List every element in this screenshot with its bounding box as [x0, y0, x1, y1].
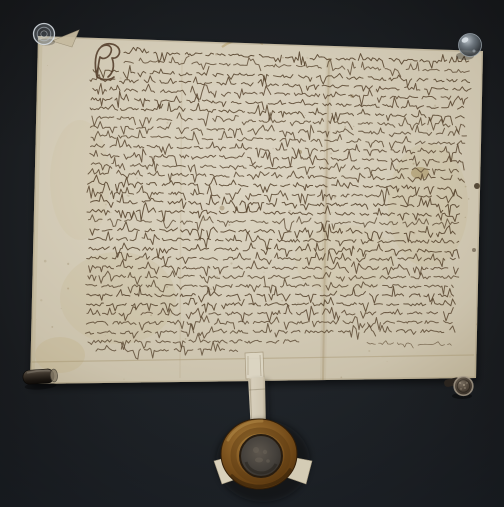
foxing-speck — [306, 57, 308, 59]
foxing-speck — [166, 286, 168, 288]
foxing-speck — [278, 291, 279, 292]
foxing-speck — [105, 335, 106, 336]
wax-seal — [214, 419, 312, 502]
seal-tag-slit — [245, 352, 264, 379]
foxing-speck — [210, 288, 212, 290]
foxing-speck — [67, 263, 69, 265]
foxing-speck — [353, 126, 354, 127]
foxing-speck — [213, 92, 214, 93]
foxing-speck — [47, 65, 48, 66]
foxing-speck — [93, 130, 94, 131]
foxing-speck — [303, 279, 305, 281]
foxing-speck — [334, 196, 336, 198]
foxing-speck — [272, 148, 274, 150]
foxing-speck — [465, 217, 466, 218]
foxing-speck — [340, 377, 342, 379]
foxing-speck — [61, 308, 62, 309]
foxing-speck — [51, 326, 53, 328]
foxing-speck — [228, 224, 230, 226]
foxing-speck — [297, 302, 299, 304]
foxing-speck — [110, 212, 111, 213]
foxing-speck — [468, 198, 470, 200]
foxing-speck — [434, 105, 436, 107]
foxing-speck — [282, 183, 283, 184]
foxing-speck — [166, 122, 168, 124]
foxing-speck — [67, 287, 69, 289]
foxing-speck — [230, 262, 232, 264]
foxing-speck — [388, 239, 389, 240]
foxing-speck — [213, 184, 215, 186]
foxing-speck — [185, 338, 187, 340]
foxing-speck — [305, 115, 306, 116]
foxing-speck — [353, 312, 354, 313]
seal-impression — [240, 435, 282, 477]
foxing-speck — [223, 136, 225, 138]
foxing-speck — [253, 199, 254, 200]
foxing-speck — [44, 260, 47, 263]
foxing-speck — [211, 269, 212, 270]
pin-bottom-left — [23, 368, 59, 390]
foxing-speck — [205, 304, 207, 306]
foxing-speck — [150, 314, 152, 316]
foxing-speck — [202, 219, 204, 221]
foxing-speck — [36, 319, 37, 320]
foxing-speck — [126, 194, 128, 196]
foxing-speck — [278, 174, 279, 175]
foxing-speck — [282, 57, 284, 59]
foxing-speck — [330, 152, 332, 154]
foxing-speck — [344, 126, 346, 128]
foxing-speck — [368, 350, 370, 352]
foxing-speck — [449, 295, 452, 298]
foxing-speck — [289, 210, 291, 212]
foxing-speck — [281, 300, 282, 301]
foxing-speck — [216, 276, 218, 278]
pin-top-left — [34, 24, 56, 46]
foxing-speck — [427, 129, 428, 130]
foxing-speck — [263, 272, 264, 273]
foxing-speck — [387, 361, 388, 362]
photo-canvas — [0, 0, 504, 507]
foxing-speck — [105, 203, 107, 205]
foxing-speck — [40, 299, 42, 301]
foxing-speck — [123, 378, 124, 379]
foxing-speck — [331, 212, 332, 213]
manuscript-photo: Photograph of a late-mediaeval parchment… — [0, 0, 504, 507]
foxing-speck — [269, 299, 271, 301]
foxing-speck — [120, 77, 122, 79]
pin-bottom-right — [443, 377, 472, 399]
foxing-speck — [185, 288, 186, 289]
foxing-speck — [374, 90, 376, 92]
foxing-speck — [437, 257, 438, 258]
foxing-speck — [465, 186, 467, 188]
foxing-speck — [413, 163, 415, 165]
foxing-speck — [136, 177, 138, 179]
